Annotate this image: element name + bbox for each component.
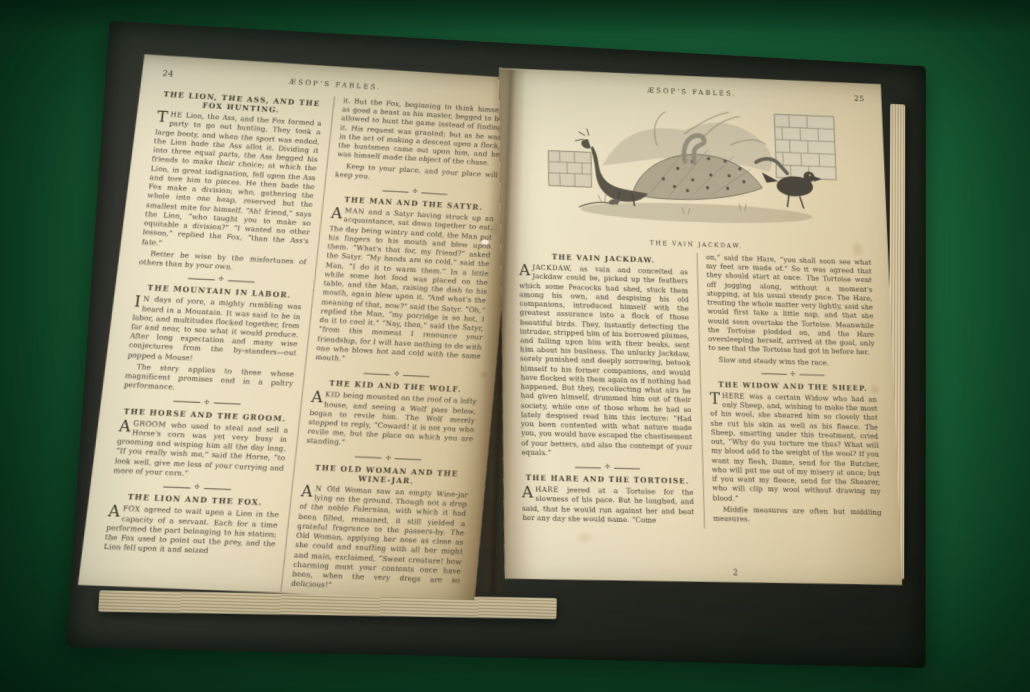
ornament-rule [395,458,422,460]
fable-paragraph: AN Old Woman saw an empty Wine-jar lying… [291,484,469,596]
right-page-number: 25 [854,94,865,103]
ornament-rule [575,466,601,468]
signature-mark: 2 [733,568,738,577]
lead-word: HE [170,111,187,120]
ornament-rule [614,467,640,469]
ornament-rule [761,373,786,375]
fable-heading: THE WIDOW AND THE SHEEP. [711,379,874,392]
fable-moral: Middle measures are often but middling m… [713,505,882,527]
left-page-columns: THE LION, THE ASS, AND THE FOX HUNTING.T… [99,86,504,599]
right-running-head: ÆSOP'S FABLES. [647,87,737,98]
right-page-column-1: THE VAIN JACKDAW.AJACKDAW, as vain and c… [519,247,695,528]
fable-paragraph: on,” said the Hare, “you shall soon see … [706,253,875,358]
vain-jackdaw-illustration [519,97,869,247]
fable-paragraph: IN days of yore, a mighty rumbling was h… [127,295,302,369]
ornament-rule [214,403,241,405]
illustration-block: THE VAIN JACKDAW. [519,97,869,254]
fable-paragraph: AMAN and a Satyr having struck up an acq… [315,206,494,371]
ornament-rule [163,486,190,488]
open-book: 24 ÆSOP'S FABLES. THE LION, THE ASS, AND… [48,10,928,674]
ornament-divider: ✣ [522,463,694,473]
photo-scene: 24 ÆSOP'S FABLES. THE LION, THE ASS, AND… [0,0,1030,692]
left-page-number: 24 [162,69,174,78]
ornament-fleuron: ✣ [412,189,418,195]
lead-word: GROOM [133,419,172,429]
drop-cap: T [710,392,723,406]
lead-word: JACKDAW, [532,264,580,273]
drop-cap: A [300,484,315,499]
ornament-rule [403,375,429,377]
ornament-divider: ✣ [709,369,876,379]
lead-word: HERE [722,392,749,401]
ornament-fleuron: ✣ [605,465,610,471]
drop-cap: A [108,504,124,519]
paper-chip [481,239,488,244]
ornament-fleuron: ✣ [194,485,200,491]
ornament-rule [204,488,231,490]
fable-paragraph: AFOX agreed to wait upon a Lion in the c… [103,504,279,559]
drop-cap: A [522,485,536,499]
drop-cap: A [311,390,326,404]
fable-moral: The story applies to those whose magnifi… [123,362,294,398]
right-page: ÆSOP'S FABLES. 25 [499,68,902,585]
ornament-rule [355,457,382,459]
lead-word: N [143,295,155,304]
fable-heading: THE HARE AND THE TORTOISE. [524,473,692,486]
left-page: 24 ÆSOP'S FABLES. THE LION, THE ASS, AND… [78,54,523,600]
ornament-rule [188,278,215,280]
ornament-fleuron: ✣ [204,400,210,406]
right-page-column-2: on,” said the Hare, “you shall soon see … [696,253,882,532]
ornament-rule [383,190,409,192]
fable-moral: Slow and steady wins the race. [709,355,876,369]
header-spacer [517,87,648,92]
lead-word: HARE [535,486,567,495]
lead-word: KID [325,391,344,400]
fable-paragraph: it. But the Fox, beginning to think hims… [337,97,504,169]
right-page-columns: THE VAIN JACKDAW.AJACKDAW, as vain and c… [519,247,883,532]
drop-cap: A [519,263,532,277]
lead-word: FOX [122,505,144,514]
fable-paragraph: AGROOM who used to steal and sell a Hors… [113,419,289,484]
fable-paragraph: AHARE jeered at a Tortoise for the slown… [522,485,695,526]
ornament-rule [799,374,824,376]
fable-paragraph: THERE was a certain Widow who had an onl… [710,392,882,507]
fable-paragraph: AKID being mounted on the roof of a loft… [306,390,477,454]
lead-word: MAN [344,207,369,216]
left-running-head: ÆSOP'S FABLES. [288,78,381,92]
lead-word: N [315,484,327,493]
drop-cap: A [330,206,345,220]
fable-paragraph: THE Lion, the Ass, and the Fox formed a … [141,110,322,256]
ornament-fleuron: ✣ [790,372,795,378]
drop-cap: A [118,419,134,434]
ornament-rule [228,280,255,282]
ornament-fleuron: ✣ [385,455,391,461]
ornament-rule [173,401,200,403]
ornament-rule [364,373,391,375]
ornament-rule [422,192,448,194]
ornament-fleuron: ✣ [394,372,400,378]
ornament-fleuron: ✣ [218,277,224,283]
header-spacer [381,90,505,98]
fable-paragraph: AJACKDAW, as vain and conceited as Jackd… [519,263,693,461]
